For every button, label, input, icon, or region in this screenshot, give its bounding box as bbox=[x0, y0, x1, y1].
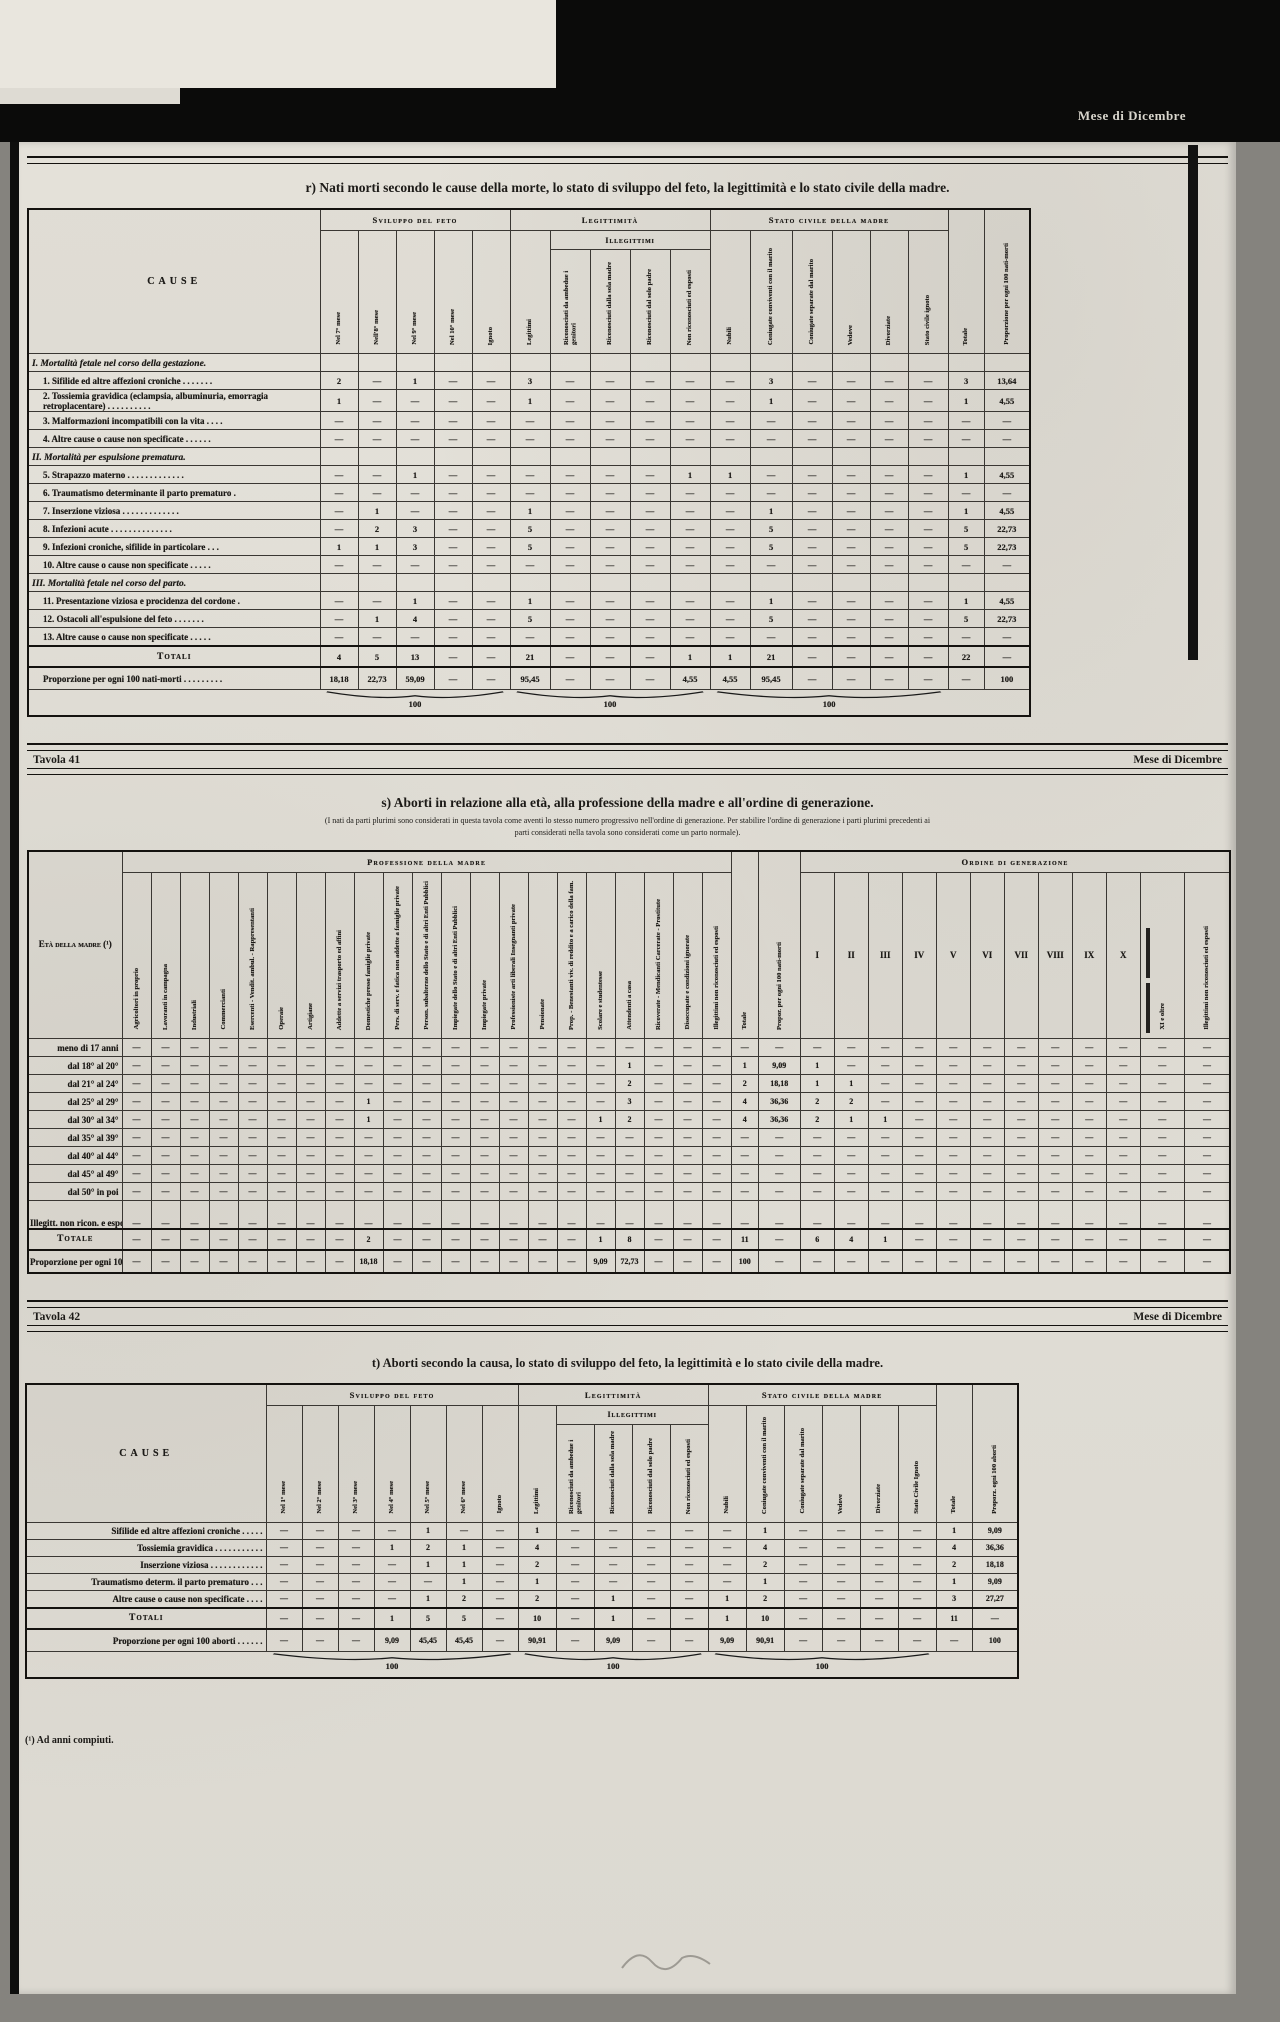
data-cell: 1 bbox=[948, 592, 984, 610]
data-cell: 13,64 bbox=[984, 372, 1030, 390]
group-legittimita: Legittimità bbox=[518, 1384, 708, 1406]
data-cell: — bbox=[784, 1573, 822, 1590]
data-cell: — bbox=[209, 1200, 238, 1229]
data-cell: — bbox=[556, 1629, 594, 1652]
data-cell bbox=[710, 354, 750, 372]
data-cell: — bbox=[630, 646, 670, 667]
data-cell: — bbox=[970, 1200, 1004, 1229]
column-header-text: Nel 9° mese bbox=[411, 312, 418, 345]
data-cell bbox=[472, 574, 510, 592]
column-header: Operaie bbox=[267, 872, 296, 1038]
column-header: Prop. - Benestanti viv. di reddito e a c… bbox=[557, 872, 586, 1038]
data-cell: — bbox=[550, 667, 590, 690]
column-header: Proporzione per ogni 100 nati-morti bbox=[984, 209, 1030, 354]
data-cell: — bbox=[1106, 1164, 1140, 1182]
header-row: Agricoltori in proprioLavoranti in campa… bbox=[28, 872, 1230, 1038]
data-cell: — bbox=[180, 1146, 209, 1164]
data-cell: — bbox=[822, 1629, 860, 1652]
section-label: II. Mortalità per espulsione prematura. bbox=[28, 448, 320, 466]
column-header: Divorziate bbox=[870, 231, 908, 354]
data-cell: — bbox=[441, 1229, 470, 1250]
data-cell: — bbox=[338, 1539, 374, 1556]
data-cell: — bbox=[870, 466, 908, 484]
column-header-text: Domestiche presso famiglie private bbox=[365, 932, 372, 1030]
data-cell: — bbox=[902, 1250, 936, 1273]
brace-100: 100 bbox=[523, 1662, 703, 1671]
data-cell: — bbox=[670, 1573, 708, 1590]
column-header-text: Nel 2° mese bbox=[316, 1481, 323, 1514]
data-cell: 1 bbox=[936, 1573, 972, 1590]
data-cell: — bbox=[556, 1539, 594, 1556]
data-cell: — bbox=[731, 1164, 758, 1182]
data-cell: — bbox=[594, 1539, 632, 1556]
data-cell: — bbox=[870, 502, 908, 520]
data-cell: 1 bbox=[746, 1522, 784, 1539]
brace-spacer bbox=[972, 1651, 1018, 1678]
data-cell: — bbox=[1004, 1128, 1038, 1146]
data-cell: — bbox=[630, 466, 670, 484]
data-cell: — bbox=[784, 1629, 822, 1652]
data-cell: 2 bbox=[731, 1074, 758, 1092]
data-cell: — bbox=[784, 1608, 822, 1629]
data-cell: — bbox=[710, 484, 750, 502]
data-cell: — bbox=[792, 430, 832, 448]
data-cell: 95,45 bbox=[510, 667, 550, 690]
scan-corner-strip bbox=[0, 88, 180, 104]
brace-cell: 100 bbox=[266, 1651, 518, 1678]
column-header: Scolare e studentesse bbox=[586, 872, 615, 1038]
data-cell: — bbox=[122, 1229, 151, 1250]
data-cell bbox=[510, 354, 550, 372]
data-cell: 9,09 bbox=[594, 1629, 632, 1652]
data-cell: — bbox=[784, 1522, 822, 1539]
table-t-title: t) Aborti secondo la causa, lo stato di … bbox=[25, 1356, 1230, 1371]
data-cell: 1 bbox=[396, 466, 434, 484]
data-cell bbox=[908, 354, 948, 372]
data-cell: — bbox=[870, 646, 908, 667]
data-cell: — bbox=[590, 538, 630, 556]
data-cell bbox=[434, 354, 472, 372]
column-header-text: Nel 6° mese bbox=[460, 1481, 467, 1514]
data-cell: 1 bbox=[396, 372, 434, 390]
data-cell: — bbox=[586, 1128, 615, 1146]
data-cell: — bbox=[383, 1038, 412, 1056]
data-cell: — bbox=[151, 1250, 180, 1273]
data-cell: — bbox=[615, 1164, 644, 1182]
data-cell: 4,55 bbox=[984, 390, 1030, 412]
data-cell: — bbox=[970, 1164, 1004, 1182]
data-cell: — bbox=[499, 1038, 528, 1056]
data-cell: — bbox=[936, 1128, 970, 1146]
data-cell: — bbox=[180, 1182, 209, 1200]
data-cell: — bbox=[832, 502, 870, 520]
data-cell: — bbox=[870, 556, 908, 574]
table-header: Età della madre (¹)Professione della mad… bbox=[28, 851, 1230, 1039]
data-cell: — bbox=[1140, 1229, 1184, 1250]
data-cell: — bbox=[122, 1110, 151, 1128]
data-cell: — bbox=[325, 1092, 354, 1110]
data-cell: 3 bbox=[510, 372, 550, 390]
data-cell: — bbox=[586, 1182, 615, 1200]
data-cell: 1 bbox=[518, 1522, 556, 1539]
data-cell: — bbox=[800, 1128, 834, 1146]
data-cell: — bbox=[470, 1182, 499, 1200]
data-cell: — bbox=[434, 667, 472, 690]
cause-header: CAUSE bbox=[28, 209, 320, 354]
data-cell: — bbox=[590, 412, 630, 430]
data-cell: — bbox=[434, 502, 472, 520]
data-cell: — bbox=[586, 1146, 615, 1164]
data-cell: 2 bbox=[518, 1590, 556, 1608]
table-r-title: r) Nati morti secondo le cause della mor… bbox=[25, 180, 1230, 196]
data-cell: — bbox=[434, 646, 472, 667]
data-cell: — bbox=[557, 1056, 586, 1074]
column-header-text: Divorziate bbox=[885, 316, 892, 345]
data-cell: — bbox=[594, 1522, 632, 1539]
data-cell: — bbox=[238, 1074, 267, 1092]
data-cell: — bbox=[870, 484, 908, 502]
data-cell: — bbox=[630, 538, 670, 556]
data-cell: — bbox=[209, 1146, 238, 1164]
data-cell: — bbox=[750, 430, 792, 448]
data-cell: — bbox=[396, 390, 434, 412]
data-cell bbox=[434, 574, 472, 592]
data-cell: — bbox=[122, 1056, 151, 1074]
data-cell: 1 bbox=[586, 1229, 615, 1250]
data-cell: — bbox=[151, 1110, 180, 1128]
data-cell: — bbox=[832, 592, 870, 610]
data-cell: — bbox=[590, 430, 630, 448]
data-cell: 8 bbox=[615, 1229, 644, 1250]
data-cell: 1 bbox=[948, 502, 984, 520]
data-cell: — bbox=[550, 372, 590, 390]
data-cell: — bbox=[528, 1146, 557, 1164]
data-cell: — bbox=[908, 667, 948, 690]
data-cell: — bbox=[908, 502, 948, 520]
data-cell: — bbox=[758, 1128, 800, 1146]
data-cell: — bbox=[1184, 1110, 1230, 1128]
data-cell: — bbox=[1184, 1164, 1230, 1182]
data-cell: — bbox=[673, 1038, 702, 1056]
column-header-text: Prop. - Benestanti viv. di reddito e a c… bbox=[568, 881, 575, 1030]
data-cell: — bbox=[358, 372, 396, 390]
data-cell: — bbox=[556, 1573, 594, 1590]
data-cell: — bbox=[302, 1629, 338, 1652]
data-cell: — bbox=[970, 1038, 1004, 1056]
column-header: Proporz. ogni 100 aborti bbox=[972, 1384, 1018, 1523]
table-row: dal 40° al 44°——————————————————————————… bbox=[28, 1146, 1230, 1164]
data-cell: — bbox=[358, 484, 396, 502]
table-row: Altre cause o cause non specificate . . … bbox=[26, 1590, 1018, 1608]
data-cell: 4 bbox=[731, 1092, 758, 1110]
totals-label: Totali bbox=[26, 1608, 266, 1629]
data-cell: — bbox=[590, 592, 630, 610]
data-cell: — bbox=[670, 502, 710, 520]
data-cell: — bbox=[528, 1229, 557, 1250]
data-cell: — bbox=[238, 1182, 267, 1200]
data-cell: — bbox=[1004, 1074, 1038, 1092]
data-cell: — bbox=[296, 1229, 325, 1250]
data-cell: — bbox=[1140, 1074, 1184, 1092]
table-row: 6. Traumatismo determinante il parto pre… bbox=[28, 484, 1030, 502]
brace-cell: 100 bbox=[710, 690, 948, 717]
row-label: Inserzione viziosa . . . . . . . . . . .… bbox=[26, 1556, 266, 1573]
column-header: Agricoltori in proprio bbox=[122, 872, 151, 1038]
data-cell: — bbox=[590, 390, 630, 412]
data-cell: — bbox=[832, 412, 870, 430]
data-cell: — bbox=[632, 1539, 670, 1556]
data-cell: — bbox=[528, 1182, 557, 1200]
data-cell: — bbox=[209, 1128, 238, 1146]
data-cell: — bbox=[1184, 1092, 1230, 1110]
data-cell: — bbox=[750, 484, 792, 502]
section-row: I. Mortalità fetale nel corso della gest… bbox=[28, 354, 1030, 372]
data-cell: 1 bbox=[446, 1556, 482, 1573]
totals-row: Totali4513——21———1121————22— bbox=[28, 646, 1030, 667]
data-cell: — bbox=[670, 1539, 708, 1556]
data-cell: — bbox=[702, 1182, 731, 1200]
data-cell bbox=[472, 354, 510, 372]
data-cell: — bbox=[750, 466, 792, 484]
brace-cell: 100 bbox=[708, 1651, 936, 1678]
data-cell: — bbox=[670, 372, 710, 390]
data-cell: — bbox=[792, 538, 832, 556]
data-cell: 5 bbox=[948, 538, 984, 556]
column-header-text: Lavoranti in campagna bbox=[162, 964, 169, 1030]
data-cell: 1 bbox=[710, 466, 750, 484]
brace-cell: 100 bbox=[320, 690, 510, 717]
data-cell bbox=[396, 354, 434, 372]
data-cell: — bbox=[908, 520, 948, 538]
brace-100: 100 bbox=[271, 1662, 513, 1671]
header-row: Età della madre (¹)Professione della mad… bbox=[28, 851, 1230, 873]
data-cell: — bbox=[1072, 1164, 1106, 1182]
data-cell: — bbox=[632, 1556, 670, 1573]
data-cell: — bbox=[670, 1522, 708, 1539]
column-header: Impiegate private bbox=[470, 872, 499, 1038]
data-cell: — bbox=[673, 1074, 702, 1092]
data-cell bbox=[320, 354, 358, 372]
data-cell: 1 bbox=[800, 1074, 834, 1092]
data-cell: — bbox=[902, 1056, 936, 1074]
scan-mark bbox=[1146, 928, 1162, 978]
data-cell: — bbox=[702, 1250, 731, 1273]
data-cell: 5 bbox=[510, 520, 550, 538]
data-cell: — bbox=[590, 502, 630, 520]
column-header-text: Impiegate private bbox=[481, 980, 488, 1030]
row-label: dal 35° al 39° bbox=[28, 1128, 122, 1146]
data-cell: — bbox=[898, 1556, 936, 1573]
data-cell: — bbox=[710, 556, 750, 574]
row-label: 9. Infezioni croniche, sifilide in parti… bbox=[28, 538, 320, 556]
data-cell: — bbox=[644, 1110, 673, 1128]
data-cell: — bbox=[325, 1229, 354, 1250]
table-row: 10. Altre cause o cause non specificate … bbox=[28, 556, 1030, 574]
data-cell: — bbox=[710, 502, 750, 520]
column-header-text: Esercenti - Vendit. ambul. - Rappresenta… bbox=[249, 908, 256, 1030]
data-cell: 1 bbox=[708, 1590, 746, 1608]
data-cell: — bbox=[266, 1608, 302, 1629]
data-cell: — bbox=[586, 1092, 615, 1110]
data-cell: — bbox=[557, 1092, 586, 1110]
data-cell: — bbox=[710, 520, 750, 538]
data-cell: — bbox=[834, 1164, 868, 1182]
data-cell: — bbox=[800, 1250, 834, 1273]
table-aborti-eta-professione: Età della madre (¹)Professione della mad… bbox=[27, 850, 1231, 1274]
data-cell: 5 bbox=[510, 538, 550, 556]
brace-icon bbox=[523, 1653, 703, 1661]
data-cell: — bbox=[670, 1590, 708, 1608]
data-cell: — bbox=[673, 1110, 702, 1128]
column-header-text: Riconosciuti da ambedue i genitori bbox=[568, 1428, 583, 1514]
data-cell: — bbox=[325, 1128, 354, 1146]
data-cell: — bbox=[396, 556, 434, 574]
data-cell: — bbox=[374, 1590, 410, 1608]
data-cell: — bbox=[870, 628, 908, 647]
table-row: dal 30° al 34°————————1———————12———436,3… bbox=[28, 1110, 1230, 1128]
data-cell: — bbox=[434, 538, 472, 556]
data-cell: — bbox=[358, 390, 396, 412]
data-cell: — bbox=[209, 1164, 238, 1182]
data-cell: 2 bbox=[800, 1110, 834, 1128]
data-cell: — bbox=[644, 1038, 673, 1056]
data-cell: — bbox=[441, 1038, 470, 1056]
data-cell: 4 bbox=[518, 1539, 556, 1556]
data-cell: 1 bbox=[750, 592, 792, 610]
data-cell: 1 bbox=[731, 1056, 758, 1074]
column-header-text: Pers. di serv. e fatica non addette a fa… bbox=[394, 886, 401, 1030]
table-row: Tossiemia gravidica . . . . . . . . . . … bbox=[26, 1539, 1018, 1556]
data-cell: — bbox=[528, 1110, 557, 1128]
data-cell: — bbox=[396, 484, 434, 502]
column-header: Totale bbox=[936, 1384, 972, 1523]
data-cell: — bbox=[984, 556, 1030, 574]
data-cell: — bbox=[470, 1110, 499, 1128]
data-cell: 1 bbox=[358, 610, 396, 628]
data-cell bbox=[792, 448, 832, 466]
data-cell: — bbox=[710, 372, 750, 390]
data-cell: 18,18 bbox=[320, 667, 358, 690]
double-rule bbox=[27, 1300, 1228, 1308]
column-header-text: Pensionate bbox=[539, 999, 546, 1029]
column-header: Coniugate separate dal marito bbox=[792, 231, 832, 354]
table-row: 8. Infezioni acute . . . . . . . . . . .… bbox=[28, 520, 1030, 538]
data-cell: — bbox=[320, 466, 358, 484]
data-cell: — bbox=[822, 1539, 860, 1556]
data-cell: 1 bbox=[396, 592, 434, 610]
data-cell: — bbox=[209, 1056, 238, 1074]
data-cell: — bbox=[383, 1229, 412, 1250]
data-cell: — bbox=[936, 1250, 970, 1273]
data-cell: 10 bbox=[518, 1608, 556, 1629]
data-cell: 4 bbox=[320, 646, 358, 667]
table-row: 7. Inserzione viziosa . . . . . . . . . … bbox=[28, 502, 1030, 520]
data-cell: — bbox=[970, 1229, 1004, 1250]
column-header: Stato Civile Ignoto bbox=[898, 1405, 936, 1522]
data-cell: 2 bbox=[518, 1556, 556, 1573]
data-cell: — bbox=[1038, 1182, 1072, 1200]
column-header-text: Disoccupate e condizioni ignorate bbox=[684, 935, 691, 1029]
data-cell: — bbox=[832, 667, 870, 690]
group-sviluppo-feto: Sviluppo del feto bbox=[320, 209, 510, 231]
data-cell: — bbox=[122, 1250, 151, 1273]
data-cell: — bbox=[710, 412, 750, 430]
data-cell: — bbox=[868, 1092, 902, 1110]
data-cell: — bbox=[441, 1056, 470, 1074]
column-header: Vedove bbox=[822, 1405, 860, 1522]
data-cell: — bbox=[482, 1608, 518, 1629]
data-cell: — bbox=[673, 1182, 702, 1200]
data-cell: — bbox=[510, 628, 550, 647]
data-cell bbox=[630, 574, 670, 592]
data-cell: — bbox=[758, 1200, 800, 1229]
data-cell: — bbox=[354, 1164, 383, 1182]
data-cell: — bbox=[630, 412, 670, 430]
data-cell: — bbox=[948, 484, 984, 502]
data-cell: — bbox=[209, 1182, 238, 1200]
data-cell: 45,45 bbox=[446, 1629, 482, 1652]
brace-spacer bbox=[28, 690, 320, 717]
data-cell: — bbox=[209, 1092, 238, 1110]
data-cell: — bbox=[936, 1182, 970, 1200]
data-cell: — bbox=[708, 1556, 746, 1573]
data-cell: — bbox=[412, 1128, 441, 1146]
data-cell: — bbox=[180, 1110, 209, 1128]
data-cell: 1 bbox=[834, 1074, 868, 1092]
data-cell: — bbox=[550, 646, 590, 667]
data-cell: — bbox=[472, 538, 510, 556]
data-cell: 10 bbox=[746, 1608, 784, 1629]
data-cell: — bbox=[557, 1074, 586, 1092]
data-cell: — bbox=[354, 1182, 383, 1200]
column-header-text: Nel 4° mese bbox=[388, 1481, 395, 1514]
data-cell: 1 bbox=[948, 466, 984, 484]
data-cell bbox=[358, 354, 396, 372]
data-cell: — bbox=[870, 667, 908, 690]
column-header-text: Stato civile ignoto bbox=[924, 295, 931, 345]
double-rule bbox=[27, 156, 1228, 164]
data-cell: — bbox=[472, 502, 510, 520]
data-cell: — bbox=[338, 1556, 374, 1573]
data-cell: — bbox=[644, 1128, 673, 1146]
data-cell: 4,55 bbox=[710, 667, 750, 690]
row-label: meno di 17 anni bbox=[28, 1038, 122, 1056]
data-cell: — bbox=[557, 1229, 586, 1250]
header-row: CAUSESviluppo del fetoLegittimitàStato c… bbox=[26, 1384, 1018, 1406]
data-cell: — bbox=[383, 1250, 412, 1273]
data-cell: 4 bbox=[731, 1110, 758, 1128]
data-cell: — bbox=[792, 372, 832, 390]
data-cell: 1 bbox=[446, 1573, 482, 1590]
data-cell: — bbox=[834, 1250, 868, 1273]
data-cell: — bbox=[710, 430, 750, 448]
data-cell: — bbox=[434, 628, 472, 647]
group-legittimita: Legittimità bbox=[510, 209, 710, 231]
data-cell: 3 bbox=[396, 538, 434, 556]
data-cell: — bbox=[499, 1074, 528, 1092]
data-cell: — bbox=[470, 1229, 499, 1250]
column-header-text: Propor. per ogni 100 nati-morti bbox=[776, 942, 783, 1030]
header-row: CAUSESviluppo del fetoLegittimitàStato c… bbox=[28, 209, 1030, 231]
totals-row: Totale————————2———————18———11—641———————… bbox=[28, 1229, 1230, 1250]
data-cell: 9,09 bbox=[972, 1573, 1018, 1590]
column-header-text: Artigiane bbox=[307, 1003, 314, 1030]
data-cell: — bbox=[792, 628, 832, 647]
data-cell: — bbox=[296, 1146, 325, 1164]
data-cell: — bbox=[320, 556, 358, 574]
data-cell: — bbox=[1106, 1128, 1140, 1146]
table-row: 12. Ostacoli all'espulsione del feto . .… bbox=[28, 610, 1030, 628]
